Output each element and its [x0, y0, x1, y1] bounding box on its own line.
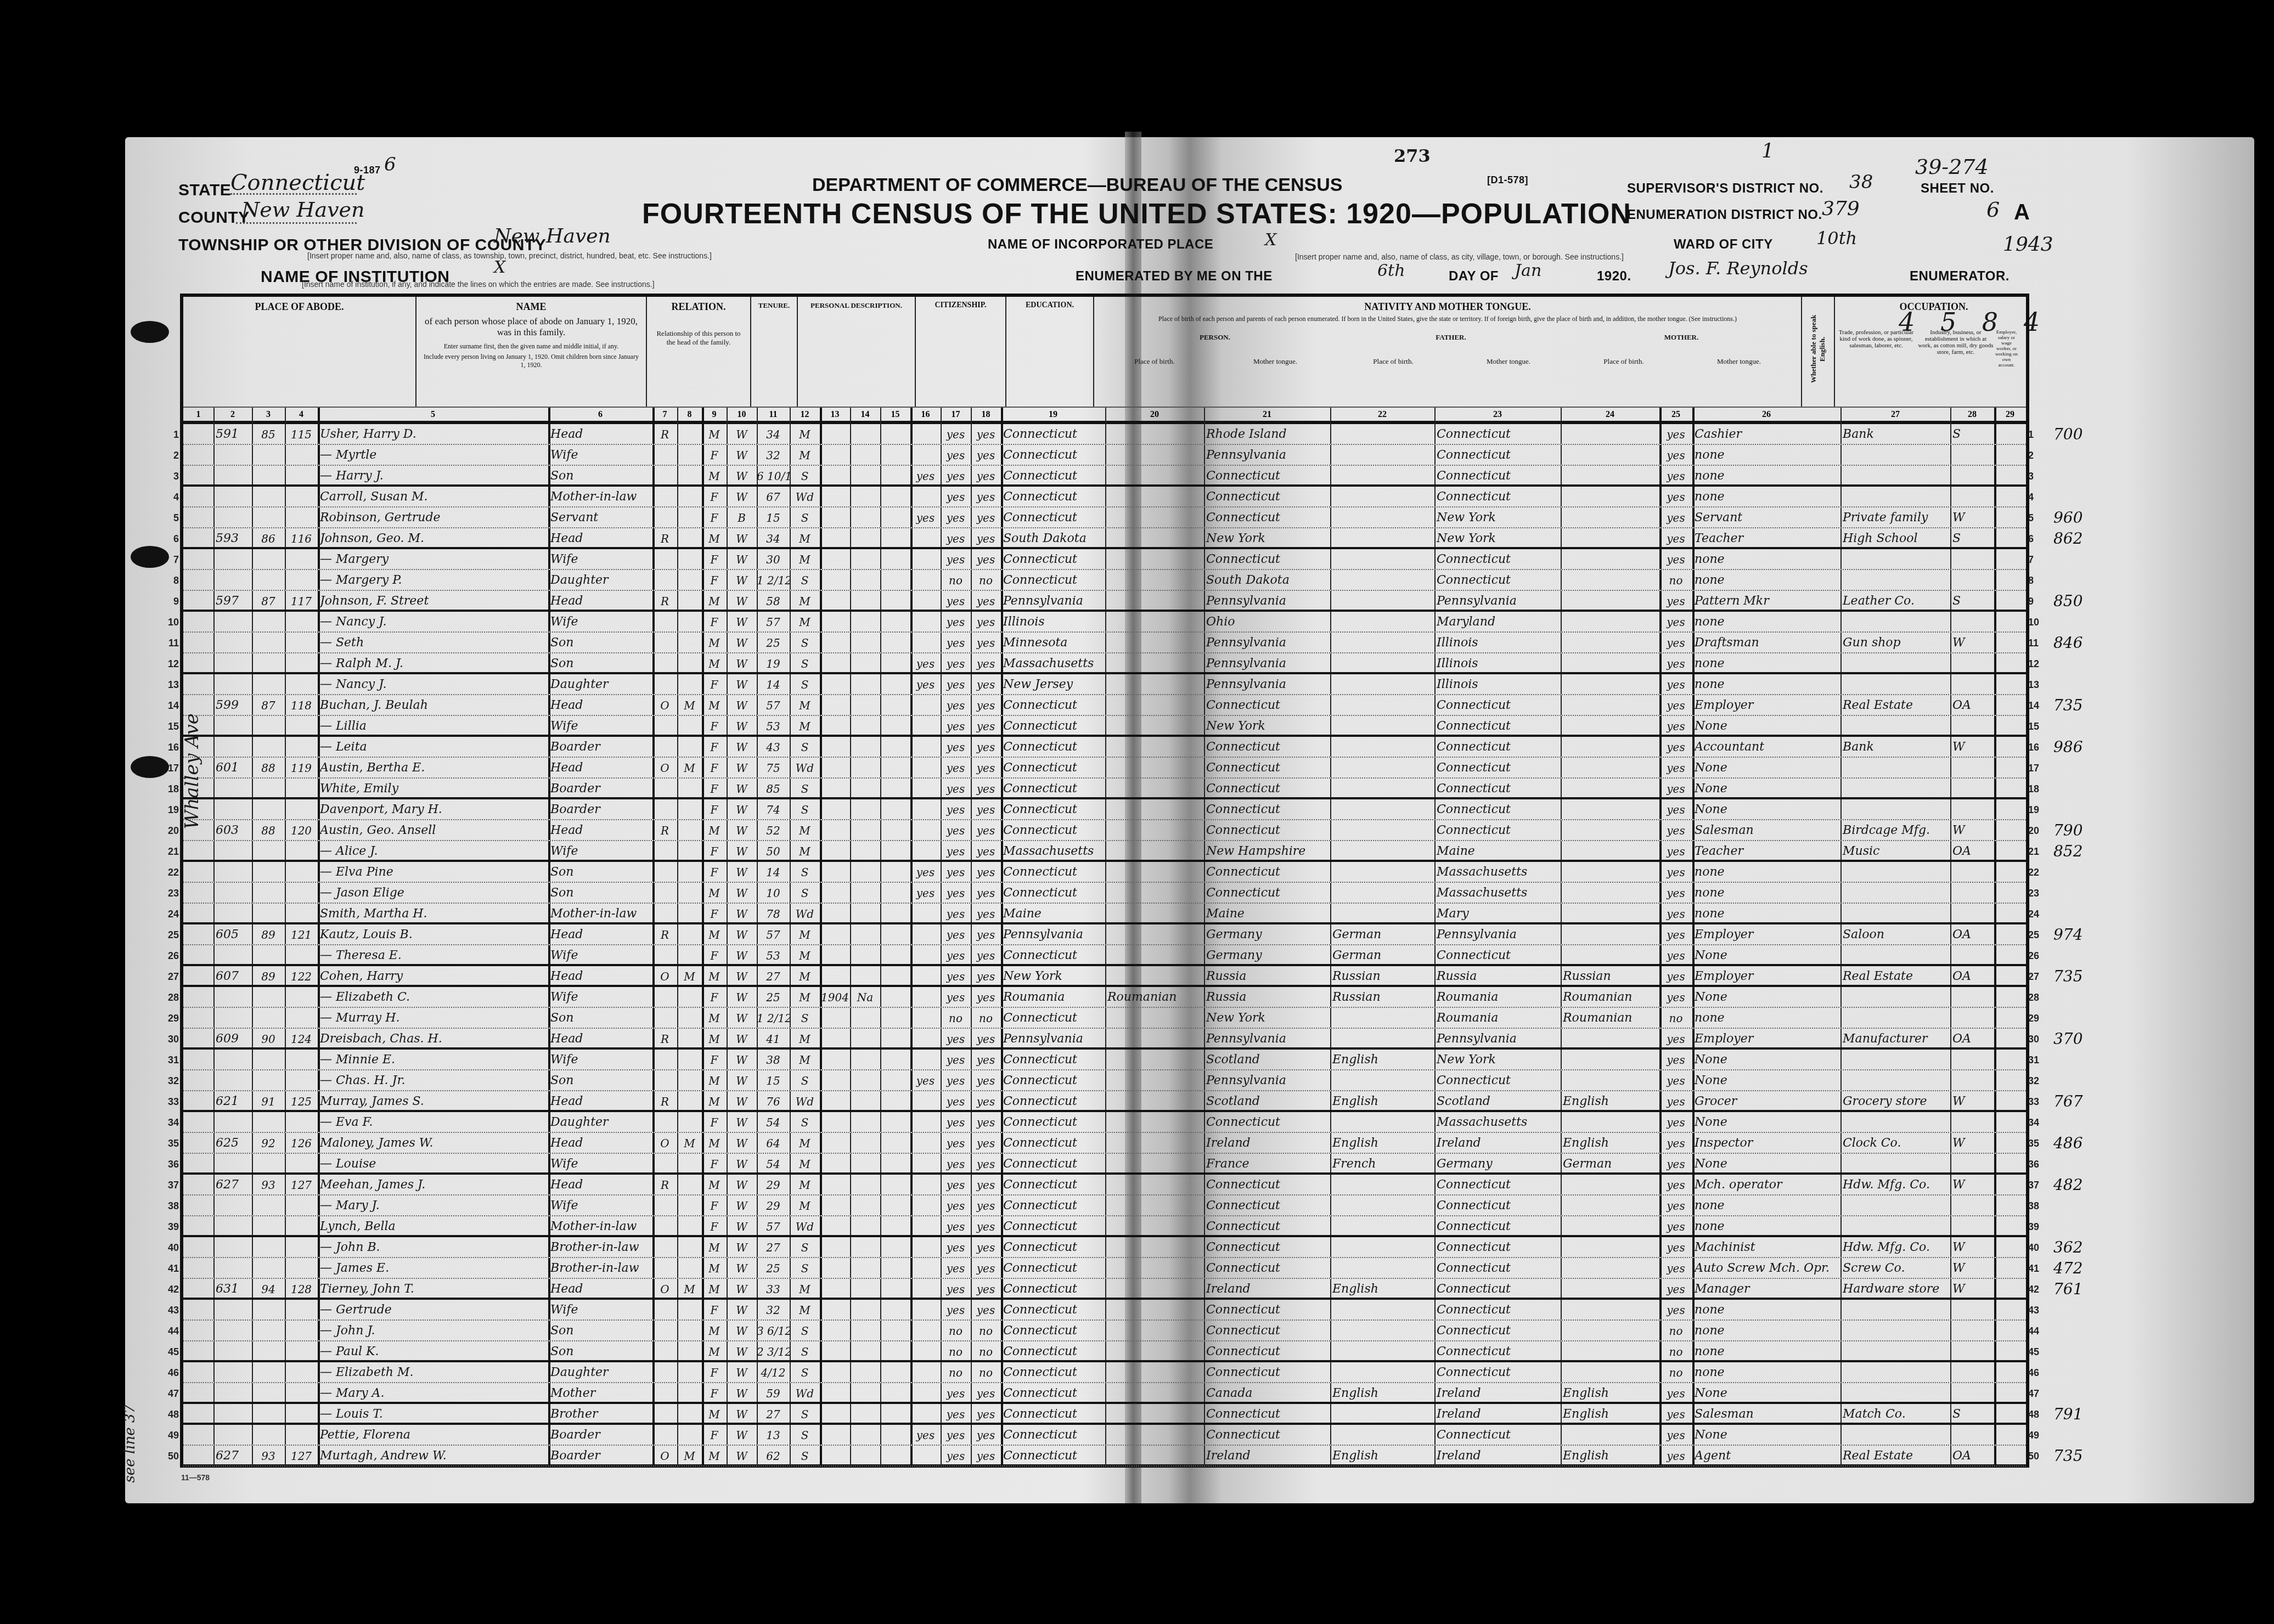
column-divider [941, 1175, 942, 1194]
cell-tongue [1105, 549, 1204, 570]
column-divider [1840, 1258, 1842, 1278]
column-divider [1330, 591, 1331, 610]
column-divider [1950, 987, 1951, 1007]
cell-fbirth: Connecticut [1204, 862, 1330, 883]
column-divider [252, 445, 253, 465]
cell-class [1950, 487, 1994, 507]
column-divider [910, 487, 913, 506]
column-divider [757, 570, 758, 590]
cell-name: — Eva F. [318, 1112, 548, 1133]
cell-immig [820, 820, 850, 841]
column-divider [850, 1279, 851, 1298]
col25-label: Whether able to speak English. [1809, 308, 1827, 390]
column-divider [677, 737, 678, 757]
column-divider [285, 883, 286, 903]
column-divider [677, 1341, 678, 1360]
column-divider [1692, 1196, 1695, 1215]
cell-race: W [727, 924, 757, 945]
column-divider [727, 820, 728, 840]
cell-ftongue [1330, 737, 1434, 758]
column-divider [727, 799, 728, 819]
column-divider [790, 549, 791, 569]
cell-relation: Head [548, 1091, 652, 1112]
cell-mortgage [677, 591, 702, 612]
column-divider [910, 1383, 913, 1402]
column-divider [1434, 507, 1436, 527]
column-divider [850, 408, 851, 425]
column-divider [1330, 612, 1331, 631]
column-divider [548, 737, 550, 757]
column-divider [1994, 466, 1996, 484]
cell-write: yes [971, 466, 1001, 487]
column-divider [1434, 779, 1436, 797]
column-divider [1659, 987, 1662, 1007]
column-divider [971, 1196, 972, 1215]
cell-natyr [880, 528, 910, 549]
column-divider [318, 1196, 320, 1215]
cell-age: 57 [757, 1216, 790, 1237]
column-divider [727, 487, 728, 506]
cell-age: 53 [757, 716, 790, 737]
column-divider [971, 1425, 972, 1445]
column-divider [548, 862, 550, 882]
cell-english: yes [1659, 1070, 1692, 1091]
cell-tenure [652, 737, 677, 758]
column-divider [1840, 945, 1842, 964]
column-divider [677, 1112, 678, 1132]
column-divider [702, 987, 704, 1007]
cell-birth: Massachusetts [1001, 653, 1105, 674]
column-divider [213, 1404, 215, 1423]
col27-label: Industry, business, or establishment in … [1917, 329, 1994, 368]
cell-name: — Murray H. [318, 1008, 548, 1029]
column-divider [702, 799, 704, 819]
cell-sex: F [702, 1425, 727, 1446]
cell-mortgage: M [677, 966, 702, 987]
cell-immig [820, 1091, 850, 1112]
column-divider [850, 653, 851, 672]
column-divider [1561, 716, 1562, 735]
column-divider [727, 1133, 728, 1153]
cell-mtongue [1561, 570, 1659, 591]
column-divider [850, 883, 851, 903]
column-divider [285, 1008, 286, 1028]
column-divider [1840, 633, 1842, 652]
column-divider [1001, 924, 1003, 944]
column-divider [1204, 737, 1205, 757]
cell-relation: Boarder [548, 1425, 652, 1446]
cell-tongue [1105, 1216, 1204, 1237]
line-number: 37 [157, 1175, 179, 1196]
cell-relation: Wife [548, 716, 652, 737]
column-divider [757, 904, 758, 922]
cell-dwelling: 88 [252, 820, 285, 841]
cell-family [285, 653, 318, 674]
column-divider [213, 1091, 215, 1110]
cell-race: W [727, 1070, 757, 1091]
cell-english: no [1659, 1341, 1692, 1362]
cell-family: 124 [285, 1029, 318, 1050]
cell-house [213, 466, 252, 487]
column-divider [1659, 716, 1662, 735]
column-divider [910, 1404, 913, 1423]
line-number-right: 9 [2028, 591, 2050, 612]
column-divider [820, 1029, 822, 1047]
cell-class [1950, 1154, 1994, 1175]
column-divider [757, 1133, 758, 1153]
cell-mtongue [1561, 883, 1659, 904]
column-divider [252, 591, 253, 610]
column-divider [1561, 674, 1562, 694]
cell-race: W [727, 966, 757, 987]
cell-relation: Son [548, 1070, 652, 1091]
column-divider [910, 841, 913, 860]
column-divider [252, 737, 253, 757]
name-description: of each person whose place of abode on J… [416, 313, 646, 341]
cell-tongue [1105, 1008, 1204, 1029]
column-divider [213, 1446, 215, 1465]
column-divider [757, 653, 758, 672]
cell-natyr [880, 1008, 910, 1029]
column-divider [941, 1446, 942, 1465]
cell-marital: M [790, 612, 820, 633]
column-divider [213, 716, 215, 735]
column-divider [1659, 1279, 1662, 1298]
cell-marital: S [790, 633, 820, 653]
table-row: 55960Robinson, GertrudeServantFB15Syesye… [183, 507, 2026, 528]
column-divider [1994, 408, 1996, 425]
column-number: 16 [910, 408, 941, 422]
cell-age: 57 [757, 924, 790, 945]
column-divider [1692, 1091, 1695, 1110]
column-divider [880, 1175, 881, 1194]
column-divider [757, 945, 758, 964]
cell-english: yes [1659, 1300, 1692, 1321]
cell-house [213, 507, 252, 528]
cell-race: W [727, 862, 757, 883]
column-divider [1659, 1383, 1662, 1402]
cell-sex: F [702, 1362, 727, 1383]
cell-fbirth: Connecticut [1204, 758, 1330, 779]
cell-relation: Brother-in-law [548, 1258, 652, 1279]
column-divider [318, 1383, 320, 1402]
column-divider [1330, 633, 1331, 652]
cell-mbirth: New York [1434, 507, 1561, 528]
column-divider [677, 487, 678, 506]
cell-fbirth: New Hampshire [1204, 841, 1330, 862]
line-number: 14 [157, 695, 179, 716]
line-number-right: 15 [2028, 716, 2050, 737]
column-divider [820, 1091, 822, 1110]
cell-mbirth: Connecticut [1434, 695, 1561, 716]
cell-house: 599 [213, 695, 252, 716]
column-divider [790, 1091, 791, 1110]
column-divider [727, 1029, 728, 1047]
column-divider [252, 1383, 253, 1402]
cell-name: — Mary J. [318, 1196, 548, 1216]
cell-race: W [727, 737, 757, 758]
cell-name: Murray, James S. [318, 1091, 548, 1112]
cell-read: yes [941, 1216, 971, 1237]
column-divider [971, 1362, 972, 1382]
column-divider [702, 924, 704, 944]
cell-ftongue [1330, 1216, 1434, 1237]
cell-school [910, 1175, 941, 1196]
column-divider [757, 528, 758, 547]
column-divider [677, 653, 678, 672]
table-row: 88— Margery P.DaughterFW1 2/12SnonoConne… [183, 570, 2026, 591]
cell-race: W [727, 1133, 757, 1154]
column-divider [677, 924, 678, 944]
column-divider [1105, 591, 1106, 610]
cell-read: yes [941, 612, 971, 633]
cell-mortgage [677, 1050, 702, 1070]
cell-immig [820, 591, 850, 612]
column-divider [1994, 612, 1996, 631]
cell-natyr [880, 487, 910, 507]
cell-mbirth: Connecticut [1434, 799, 1561, 820]
cell-immig [820, 424, 850, 445]
cell-english: yes [1659, 549, 1692, 570]
cell-read: yes [941, 591, 971, 612]
column-divider [1840, 528, 1842, 547]
cell-read: yes [941, 716, 971, 737]
column-divider [213, 528, 215, 547]
column-divider [652, 570, 655, 590]
cell-ftongue: English [1330, 1091, 1434, 1112]
cell-mortgage [677, 779, 702, 799]
column-divider [1840, 1091, 1842, 1110]
column-divider [1204, 1050, 1205, 1069]
cell-fbirth: New York [1204, 716, 1330, 737]
cell-write: no [971, 1008, 1001, 1029]
line-number-right: 1 [2028, 424, 2050, 445]
column-divider [971, 1258, 972, 1278]
cell-sex: M [702, 1446, 727, 1467]
relation-description: Relationship of this person to the head … [647, 313, 750, 363]
column-divider [285, 445, 286, 465]
cell-mortgage [677, 507, 702, 528]
cell-dwelling [252, 1196, 285, 1216]
cell-write: yes [971, 591, 1001, 612]
column-divider [1561, 779, 1562, 797]
cell-read: yes [941, 1279, 971, 1300]
cell-school [910, 1050, 941, 1070]
cell-class [1950, 549, 1994, 570]
cell-mortgage [677, 820, 702, 841]
column-divider [1105, 1404, 1106, 1423]
column-divider [1105, 1008, 1106, 1028]
cell-read: yes [941, 424, 971, 445]
column-divider [1561, 904, 1562, 922]
cell-house [213, 1237, 252, 1258]
column-divider [727, 507, 728, 527]
cell-marital: S [790, 1362, 820, 1383]
column-divider [1204, 633, 1205, 652]
line-number: 23 [157, 883, 179, 904]
column-divider [1692, 966, 1695, 985]
column-divider [820, 487, 822, 506]
column-divider [1561, 591, 1562, 610]
cell-english: yes [1659, 862, 1692, 883]
column-divider [880, 1446, 881, 1465]
column-divider [1692, 904, 1695, 922]
cell-ftongue [1330, 507, 1434, 528]
column-divider [1950, 1404, 1951, 1423]
occupation-code: 735 [2053, 1446, 2108, 1467]
column-divider [1692, 1300, 1695, 1319]
table-row: 333376762191125Murray, James S.HeadRMW76… [183, 1091, 2026, 1112]
column-divider [213, 924, 215, 944]
column-divider [727, 1279, 728, 1298]
column-divider [727, 841, 728, 860]
cell-school [910, 1321, 941, 1341]
cell-tongue [1105, 716, 1204, 737]
column-divider [850, 737, 851, 757]
column-divider [850, 1300, 851, 1319]
column-divider [1330, 674, 1331, 694]
table-row: 1515— LilliaWifeFW53MyesyesConnecticutNe… [183, 716, 2026, 737]
column-divider [941, 1196, 942, 1215]
cell-trade: Auto Screw Mch. Opr. [1692, 1258, 1840, 1279]
cell-birth: Connecticut [1001, 445, 1105, 466]
census-title: FOURTEENTH CENSUS OF THE UNITED STATES: … [642, 198, 1631, 230]
column-divider [1105, 1091, 1106, 1110]
table-row: 1818White, EmilyBoarderFW85SyesyesConnec… [183, 779, 2026, 799]
column-divider [1561, 612, 1562, 631]
cell-natyr [880, 841, 910, 862]
cell-mbirth: Scotland [1434, 1091, 1561, 1112]
column-divider [213, 779, 215, 797]
column-divider [757, 507, 758, 527]
column-divider [727, 695, 728, 715]
cell-birth: Connecticut [1001, 1008, 1105, 1029]
column-divider [1950, 1029, 1951, 1047]
cell-write: yes [971, 1196, 1001, 1216]
column-divider [1434, 1425, 1436, 1445]
column-divider [1561, 424, 1562, 444]
column-divider [1001, 695, 1003, 715]
cell-name: — Lillia [318, 716, 548, 737]
column-divider [318, 1050, 320, 1069]
cell-birth: Connecticut [1001, 1300, 1105, 1321]
column-divider [1659, 1154, 1662, 1172]
column-divider [285, 1446, 286, 1465]
line-number: 22 [157, 862, 179, 883]
line-number: 3 [157, 466, 179, 487]
table-row: 4141472— James E.Brother-in-lawMW25Syesy… [183, 1258, 2026, 1279]
column-divider [1434, 1237, 1436, 1257]
column-divider [880, 1362, 881, 1382]
line-number-right: 14 [2028, 695, 2050, 716]
column-divider [1994, 716, 1996, 735]
column-divider [1105, 487, 1106, 506]
cell-nat [850, 1175, 880, 1196]
cell-trade: Employer [1692, 695, 1840, 716]
cell-tongue [1105, 1196, 1204, 1216]
column-divider [757, 445, 758, 465]
cell-family [285, 445, 318, 466]
cell-ftongue [1330, 1112, 1434, 1133]
cell-natyr [880, 1196, 910, 1216]
cell-fbirth: New York [1204, 1008, 1330, 1029]
column-divider [1434, 653, 1436, 672]
column-divider [1692, 695, 1695, 715]
cell-industry [1840, 487, 1950, 507]
cell-family [285, 549, 318, 570]
column-divider [850, 820, 851, 840]
column-divider [790, 966, 791, 985]
cell-relation: Son [548, 862, 652, 883]
cell-nat [850, 695, 880, 716]
column-divider [1330, 1425, 1331, 1445]
cell-tongue [1105, 1258, 1204, 1279]
cell-relation: Wife [548, 841, 652, 862]
column-divider [1659, 862, 1662, 882]
column-divider [941, 487, 942, 506]
table-row: 4747— Mary A.MotherFW59WdyesyesConnectic… [183, 1383, 2026, 1404]
column-divider [941, 591, 942, 610]
column-divider [727, 987, 728, 1007]
cell-name: — Harry J. [318, 466, 548, 487]
column-divider [820, 841, 822, 860]
cell-fbirth: Rhode Island [1204, 424, 1330, 445]
cell-school [910, 1112, 941, 1133]
column-divider [1330, 924, 1331, 944]
column-divider [971, 1029, 972, 1047]
cell-english: yes [1659, 1258, 1692, 1279]
cell-dwelling: 87 [252, 695, 285, 716]
column-divider [652, 612, 655, 631]
column-divider [1105, 570, 1106, 590]
cell-race: W [727, 779, 757, 799]
column-divider [677, 841, 678, 860]
cell-fbirth: Pennsylvania [1204, 653, 1330, 674]
column-divider [820, 1279, 822, 1298]
column-divider [318, 1216, 320, 1235]
column-divider [941, 820, 942, 840]
cell-tenure [652, 1216, 677, 1237]
column-divider [1659, 507, 1662, 527]
cell-tongue [1105, 904, 1204, 924]
cell-mtongue [1561, 1196, 1659, 1216]
cell-nat [850, 633, 880, 653]
cell-nat [850, 799, 880, 820]
column-divider [1001, 570, 1003, 590]
cell-read: yes [941, 1029, 971, 1050]
column-divider [1840, 1154, 1842, 1172]
cell-family [285, 1196, 318, 1216]
cell-house [213, 883, 252, 904]
column-divider [1561, 528, 1562, 547]
column-divider [790, 591, 791, 610]
column-divider [213, 820, 215, 840]
column-divider [850, 1425, 851, 1445]
cell-relation: Wife [548, 1050, 652, 1070]
column-divider [1561, 653, 1562, 672]
table-row: 303037060990124Dreisbach, Chas. H.HeadRM… [183, 1029, 2026, 1050]
cell-mtongue: English [1561, 1446, 1659, 1467]
cell-age: 1 2/12 [757, 1008, 790, 1029]
cell-tongue [1105, 1133, 1204, 1154]
column-divider [1561, 1341, 1562, 1360]
column-divider [1105, 1133, 1106, 1153]
column-divider [1840, 445, 1842, 465]
cell-immig [820, 799, 850, 820]
column-divider [677, 966, 678, 985]
column-number: 15 [880, 408, 910, 422]
cell-tongue [1105, 424, 1204, 445]
